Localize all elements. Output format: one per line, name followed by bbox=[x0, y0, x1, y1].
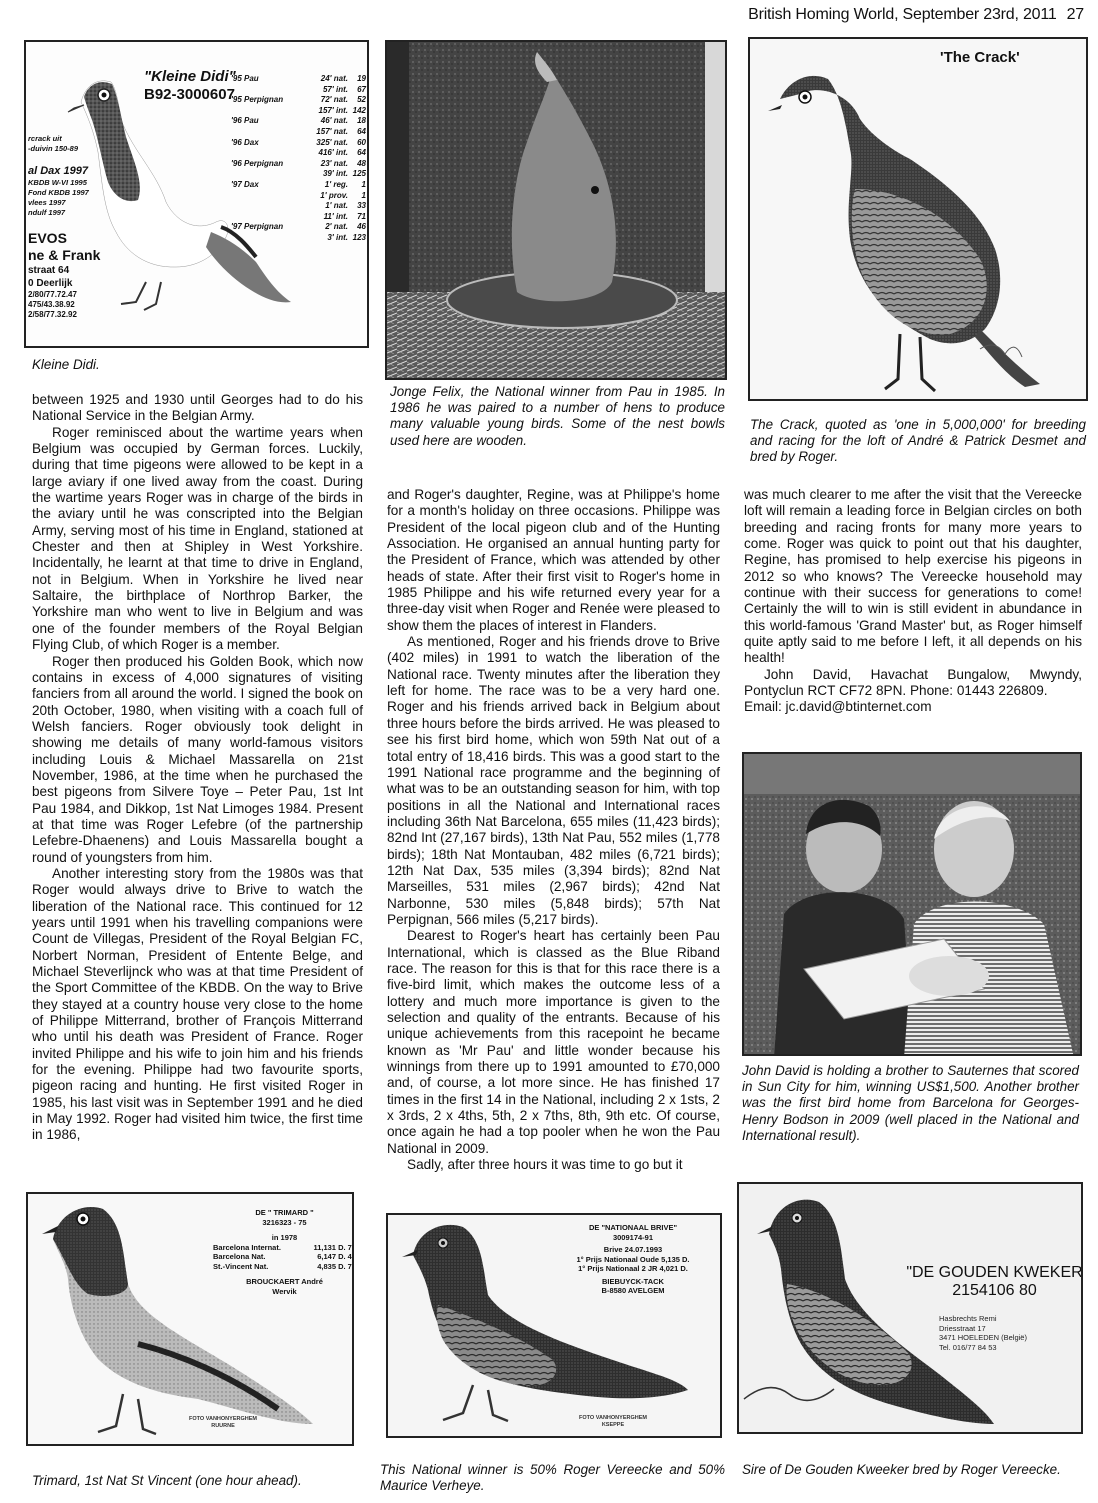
placing: 72' nat. bbox=[291, 95, 348, 106]
count: 18 bbox=[348, 116, 366, 127]
race-name bbox=[231, 127, 291, 138]
race-name bbox=[231, 85, 291, 96]
owner-line: straat 64 bbox=[28, 264, 100, 277]
john-david-caption: John David is holding a brother to Saute… bbox=[742, 1063, 1079, 1144]
men-holding-pigeon-photo bbox=[744, 754, 1082, 1056]
count: 64 bbox=[348, 148, 366, 159]
address-line: Driesstraat 17 bbox=[939, 1324, 1027, 1334]
trimard-foto-credit: FOTO VANHONYERGHEM RUURNE bbox=[178, 1416, 268, 1430]
placing: 1' reg. bbox=[291, 180, 348, 191]
kleine-didi-caption: Kleine Didi. bbox=[32, 357, 362, 373]
nationaal-brive-caption: This National winner is 50% Roger Vereec… bbox=[380, 1462, 725, 1494]
race-name: St.-Vincent Nat. bbox=[213, 1262, 268, 1272]
placing: 24' nat. bbox=[291, 74, 348, 85]
paragraph: Dearest to Roger's heart has certainly b… bbox=[387, 928, 720, 1157]
result-row: 57' int.67 bbox=[231, 85, 366, 96]
gouden-kweeker-address: Hasbrechts RemiDriesstraat 173471 HOELED… bbox=[939, 1314, 1027, 1352]
placing: 46' nat. bbox=[291, 116, 348, 127]
the-crack-caption: The Crack, quoted as 'one in 5,000,000' … bbox=[750, 417, 1086, 466]
count: 123 bbox=[348, 233, 366, 244]
kleine-didi-left-text: rcrack uit-duivin 150-89al Dax 1997KBDB … bbox=[28, 134, 89, 218]
page-header: British Homing World, September 23rd, 20… bbox=[748, 6, 1084, 24]
count: 142 bbox=[348, 106, 366, 117]
page-number: 27 bbox=[1067, 6, 1084, 23]
result-row: 3' int.123 bbox=[231, 233, 366, 244]
address-line: Tel. 016/77 84 53 bbox=[939, 1343, 1027, 1353]
pedigree-note: ndulf 1997 bbox=[28, 208, 89, 218]
count: 67 bbox=[348, 85, 366, 96]
result-row: Barcelona Nat.6,147 D. 49 bbox=[213, 1252, 354, 1262]
result-row: 1' nat.33 bbox=[231, 201, 366, 212]
kleine-didi-results: '95 Pau24' nat.1957' int.67'95 Perpignan… bbox=[231, 74, 366, 244]
result-value: 6,147 D. 49 bbox=[317, 1252, 354, 1262]
placing: 1' prov. bbox=[291, 191, 348, 202]
result-row: '96 Dax325' nat.60 bbox=[231, 138, 366, 149]
trimard-figure: DE " TRIMARD " 3216323 - 75 in 1978 Barc… bbox=[26, 1192, 354, 1446]
kleine-didi-owner: EVOSne & Frankstraat 640 Deerlijk2/80/77… bbox=[28, 230, 100, 320]
result-row: 157' int.142 bbox=[231, 106, 366, 117]
kleine-didi-title: "Kleine Didi" B92-3000607 bbox=[144, 68, 236, 104]
owner-line: 2/80/77.72.47 bbox=[28, 290, 100, 300]
result-row: 1' prov.1 bbox=[231, 191, 366, 202]
author-signature: John David, Havachat Bungalow, Mwyndy, P… bbox=[744, 667, 1082, 700]
placing: 157' nat. bbox=[291, 127, 348, 138]
pigeon-illustration-the-crack bbox=[750, 39, 1088, 401]
race-name bbox=[231, 201, 291, 212]
race-name: '95 Pau bbox=[231, 74, 291, 85]
john-david-photo bbox=[742, 752, 1082, 1056]
race-name: '97 Perpignan bbox=[231, 222, 291, 233]
result-row: St.-Vincent Nat.4,835 D. 74 bbox=[213, 1262, 354, 1272]
race-name: '95 Perpignan bbox=[231, 95, 291, 106]
gouden-kweeker-caption: Sire of De Gouden Kweeker bred by Roger … bbox=[742, 1462, 1074, 1478]
result-row: 416' int.64 bbox=[231, 148, 366, 159]
placing: 325' nat. bbox=[291, 138, 348, 149]
pedigree-note: al Dax 1997 bbox=[28, 164, 89, 178]
pedigree-note: -duivin 150-89 bbox=[28, 144, 89, 154]
result-row: 11' int.71 bbox=[231, 212, 366, 223]
placing: 2' nat. bbox=[291, 222, 348, 233]
result-row: '95 Pau24' nat.19 bbox=[231, 74, 366, 85]
count: 48 bbox=[348, 159, 366, 170]
race-name bbox=[231, 106, 291, 117]
owner-line: 2/58/77.32.92 bbox=[28, 310, 100, 320]
count: 1 bbox=[348, 180, 366, 191]
paragraph: Sadly, after three hours it was time to … bbox=[387, 1157, 720, 1173]
placing: 11' int. bbox=[291, 212, 348, 223]
paragraph: Roger reminisced about the wartime years… bbox=[32, 425, 363, 654]
nationaal-brive-foto-credit: FOTO VANHONYERGHEM KSEPPE bbox=[568, 1415, 658, 1429]
count: 1 bbox=[348, 191, 366, 202]
placing: 23' nat. bbox=[291, 159, 348, 170]
race-name bbox=[231, 233, 291, 244]
count: 60 bbox=[348, 138, 366, 149]
race-name: Barcelona Internat. bbox=[213, 1243, 281, 1253]
count: 71 bbox=[348, 212, 366, 223]
race-name bbox=[231, 212, 291, 223]
owner-line: ne & Frank bbox=[28, 247, 100, 264]
result-value: 4,835 D. 74 bbox=[317, 1262, 354, 1272]
pigeon-nest-photo bbox=[387, 42, 727, 380]
owner-line: 475/43.38.92 bbox=[28, 300, 100, 310]
pedigree-note: Fond KBDB 1997 bbox=[28, 188, 89, 198]
result-row: '95 Perpignan72' nat.52 bbox=[231, 95, 366, 106]
pedigree-note bbox=[28, 154, 89, 164]
result-row: 157' nat.64 bbox=[231, 127, 366, 138]
count: 52 bbox=[348, 95, 366, 106]
result-row: '97 Dax1' reg.1 bbox=[231, 180, 366, 191]
race-name: '97 Dax bbox=[231, 180, 291, 191]
trimard-pedigree: DE " TRIMARD " 3216323 - 75 in 1978 Barc… bbox=[213, 1208, 354, 1296]
count: 125 bbox=[348, 169, 366, 180]
placing: 157' int. bbox=[291, 106, 348, 117]
result-row: '96 Perpignan23' nat.48 bbox=[231, 159, 366, 170]
author-email: Email: jc.david@btinternet.com bbox=[744, 699, 1082, 715]
count: 46 bbox=[348, 222, 366, 233]
race-name bbox=[231, 169, 291, 180]
the-crack-figure: 'The Crack' bbox=[748, 37, 1088, 401]
owner-line: 0 Deerlijk bbox=[28, 277, 100, 290]
trimard-caption: Trimard, 1st Nat St Vincent (one hour ah… bbox=[32, 1473, 362, 1489]
race-name bbox=[231, 148, 291, 159]
article-column-2: and Roger's daughter, Regine, was at Phi… bbox=[387, 487, 720, 1173]
result-row: 39' int.125 bbox=[231, 169, 366, 180]
jonge-felix-caption: Jonge Felix, the National winner from Pa… bbox=[390, 384, 725, 449]
pedigree-note: KBDB W-VI 1995 bbox=[28, 178, 89, 188]
race-name bbox=[231, 191, 291, 202]
count: 19 bbox=[348, 74, 366, 85]
article-column-3: was much clearer to me after the visit t… bbox=[744, 487, 1082, 716]
result-value: 11,131 D. 77 bbox=[313, 1243, 354, 1253]
race-name: Barcelona Nat. bbox=[213, 1252, 266, 1262]
race-name: '96 Dax bbox=[231, 138, 291, 149]
result-row: Barcelona Internat.11,131 D. 77 bbox=[213, 1243, 354, 1253]
race-name: '96 Pau bbox=[231, 116, 291, 127]
address-line: Hasbrechts Remi bbox=[939, 1314, 1027, 1324]
placing: 1' nat. bbox=[291, 201, 348, 212]
paragraph: Another interesting story from the 1980s… bbox=[32, 866, 363, 1144]
gouden-kweeker-title: "DE GOUDEN KWEKER 2154106 80 bbox=[904, 1264, 1083, 1300]
count: 64 bbox=[348, 127, 366, 138]
address-line: 3471 HOELEDEN (België) bbox=[939, 1333, 1027, 1343]
count: 33 bbox=[348, 201, 366, 212]
paragraph: Roger then produced his Golden Book, whi… bbox=[32, 654, 363, 866]
kleine-didi-figure: "Kleine Didi" B92-3000607 '95 Pau24' nat… bbox=[24, 40, 369, 348]
paragraph: between 1925 and 1930 until Georges had … bbox=[32, 392, 363, 425]
placing: 57' int. bbox=[291, 85, 348, 96]
nationaal-brive-pedigree: DE "NATIONAAL BRIVE" 3009174-91 Brive 24… bbox=[548, 1223, 718, 1296]
placing: 39' int. bbox=[291, 169, 348, 180]
pigeon-illustration-gouden-kweeker bbox=[739, 1184, 1083, 1434]
owner-line: EVOS bbox=[28, 230, 100, 247]
paragraph: As mentioned, Roger and his friends drov… bbox=[387, 634, 720, 928]
result-row: '96 Pau46' nat.18 bbox=[231, 116, 366, 127]
placing: 416' int. bbox=[291, 148, 348, 159]
paragraph: was much clearer to me after the visit t… bbox=[744, 487, 1082, 667]
publication-title: British Homing World, September 23rd, 20… bbox=[748, 6, 1057, 23]
article-column-1: between 1925 and 1930 until Georges had … bbox=[32, 392, 363, 1144]
jonge-felix-photo bbox=[385, 40, 727, 380]
nationaal-brive-figure: DE "NATIONAAL BRIVE" 3009174-91 Brive 24… bbox=[386, 1213, 722, 1438]
gouden-kweeker-figure: "DE GOUDEN KWEKER 2154106 80 Hasbrechts … bbox=[737, 1182, 1083, 1434]
pedigree-note: rcrack uit bbox=[28, 134, 89, 144]
result-row: '97 Perpignan2' nat.46 bbox=[231, 222, 366, 233]
paragraph: and Roger's daughter, Regine, was at Phi… bbox=[387, 487, 720, 634]
pedigree-note: vlees 1997 bbox=[28, 198, 89, 208]
race-name: '96 Perpignan bbox=[231, 159, 291, 170]
placing: 3' int. bbox=[291, 233, 348, 244]
